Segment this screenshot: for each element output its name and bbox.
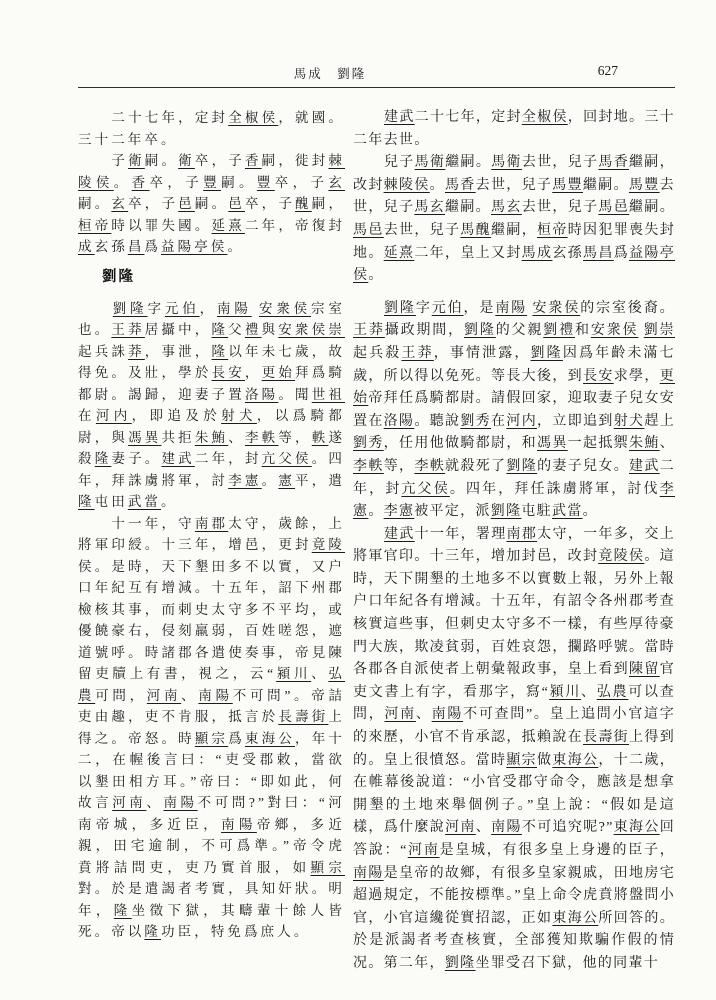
proper-noun-underline: 衛 [128,153,145,168]
proper-noun-underline: 劉崇 [644,323,675,338]
proper-noun-underline: 長壽街 [278,709,328,724]
proper-noun-underline: 馬玄 [414,200,445,215]
proper-noun-underline: 長壽街 [583,730,629,745]
proper-noun-underline: 河南 [445,820,476,835]
proper-noun-underline: 劉隆 [464,323,496,338]
proper-noun-underline: 東海公 [614,820,660,835]
text-line: 二，在幄後言曰：“吏受郡敕，當欲 [78,749,345,771]
proper-noun-underline: 玄 [430,200,445,215]
classical-text-column: 二十七年，定封全椒侯，就國。三十二年卒。 子衛嗣。衛卒，子香嗣，徙封棘陵侯。香卒… [78,107,345,943]
heading-spacer [353,288,675,298]
proper-noun-underline: 劉隆 [384,301,416,316]
proper-noun-underline: 玄 [506,200,521,215]
proper-noun-underline: 邑 [368,223,383,238]
text-line: 在河内，即追及於射犬，以爲騎都 [78,405,345,427]
proper-noun-underline: 陳留 [629,662,660,677]
proper-noun-underline: 隆 [212,344,229,359]
proper-noun-underline: 元伯 [432,301,464,316]
header-rule [78,87,675,88]
translation-column: 建武二十七年，定封全椒侯，回封地。三十二年去世。 兒子馬衛繼嗣。馬衛去世，兒子馬… [353,107,675,976]
text-line: 道號呼。時諸郡各遣使奏事，帝見陳 [78,642,345,664]
proper-noun-underline: 馬香 [445,178,476,193]
proper-noun-underline: 元伯 [165,301,200,316]
proper-noun-underline: 崇 [660,323,675,338]
text-line: 二十七年，定封全椒侯，就國。 [78,107,345,129]
text-line: 隆屯田武當。 [78,491,345,513]
proper-noun-underline: 陵侯 [78,175,114,190]
proper-noun-underline: 顯宗 [195,731,228,746]
proper-noun-underline: 隆 [522,459,537,474]
proper-noun-underline: 安衆侯 [278,322,328,337]
proper-noun-underline: 南陽 [495,301,527,316]
proper-noun-underline: 禮 [559,323,575,338]
proper-noun-underline: 隆 [547,346,563,361]
text-line: 嗣。玄卒，子邑嗣。邑卒，子醜嗣， [78,193,345,215]
text-line: 侯。是時，天下墾田多不以實，又户 [78,556,345,578]
proper-noun-underline: 河南 [384,707,415,722]
proper-noun-underline: 馬昌 [583,246,614,261]
proper-noun-underline: 農 [78,688,95,703]
proper-noun-underline: 醜 [295,196,312,211]
proper-noun-underline: 潁川 [276,666,311,681]
proper-noun-underline: 馬邑 [598,200,629,215]
proper-noun-underline: 衛 [507,155,522,170]
text-line: 子衛嗣。衛卒，子香嗣，徙封棘 [78,150,345,172]
proper-noun-underline: 建武 [384,527,415,542]
proper-noun-underline: 隆 [460,956,475,971]
translation-paragraph-3: 劉隆字元伯，是南陽 安衆侯的宗室後裔。王莽攝政期間，劉隆的父親劉禮和安衆侯 劉崇… [353,298,675,524]
proper-noun-underline: 馬香 [598,155,629,170]
proper-noun-underline: 軼 [262,430,279,445]
proper-noun-underline: 長安 [212,365,245,380]
proper-noun-underline: 棘 [328,153,345,168]
proper-noun-underline: 馬衛 [491,155,522,170]
proper-noun-underline: 衛 [430,155,445,170]
proper-noun-underline: 玄 [111,196,128,211]
proper-noun-underline: 竟陵 [598,549,629,564]
proper-noun-underline: 南陽 [491,820,522,835]
text-line: 將軍印綬。十三年，增邑，更封竟陵 [78,534,345,556]
proper-noun-underline: 香 [614,155,629,170]
text-line: 農可問，河南、南陽不可問”。帝詰 [78,685,345,707]
proper-noun-underline: 成 [78,239,95,254]
proper-noun-underline: 建武 [384,110,415,125]
proper-noun-underline: 隆 [212,322,229,337]
proper-noun-underline: 劉隆 [445,956,476,971]
text-line: 年，隆坐徵下獄，其疇輩十餘人皆 [78,900,345,922]
proper-noun-underline: 憲 [353,504,368,519]
proper-noun-underline: 安衆侯 [591,323,639,338]
proper-noun-underline: 隆 [400,301,416,316]
text-line: 桓帝時以罪失國。延熹二年，帝復封 [78,215,345,237]
proper-noun-underline: 憲 [399,504,414,519]
text-line: 十一年，守南郡太守，歲餘，上 [78,513,345,535]
proper-noun-underline: 更始 [262,365,295,380]
proper-noun-underline: 昌 [128,239,145,254]
proper-noun-underline: 豐 [644,178,659,193]
classical-paragraph-2: 子衛嗣。衛卒，子香嗣，徙封棘陵侯。香卒，子豐嗣。豐卒，子玄嗣。玄卒，子邑嗣。邑卒… [78,150,345,258]
proper-noun-underline: 衛 [178,153,195,168]
text-line: 吏由趣，吏不肯服，抵言於長壽街上 [78,706,345,728]
text-line: 年，拜誅虜將軍，討李憲。憲平，遣 [78,470,345,492]
proper-noun-underline: 隆 [95,451,112,466]
proper-noun-underline: 馬衛 [415,155,446,170]
translation-paragraph-4: 建武十一年，署理南郡太守，一年多，交上將軍官印。十三年，增加封邑，改封竟陵侯。這… [353,524,675,976]
running-title: 馬成 劉隆 [294,64,367,82]
proper-noun-underline: 劉秀 [353,436,384,451]
text-line: 得之。帝怒。時顯宗爲東海公，年十 [78,728,345,750]
proper-noun-underline: 河南 [112,795,146,810]
proper-noun-underline: 棘 [384,178,399,193]
text-line: 陵侯。香卒，子豐嗣。豐卒，子玄 [78,172,345,194]
text-line: 優饒豪右，侵刻羸弱，百姓嗟怨，遮 [78,620,345,642]
proper-noun-underline: 李憲 [384,504,415,519]
text-line: 殺隆妻子。建武二年，封亢父侯。四 [78,448,345,470]
proper-noun-underline: 弘農 [597,685,628,700]
proper-noun-underline: 東海公 [552,911,598,926]
proper-noun-underline: 馮異 [128,430,161,445]
proper-noun-underline: 農 [613,685,629,700]
proper-noun-underline: 射犬 [221,408,257,423]
proper-noun-underline: 玄 [328,175,345,190]
proper-noun-underline: 潁川 [549,685,581,700]
proper-noun-underline: 李憲 [228,473,261,488]
proper-noun-underline: 延熹 [212,218,245,233]
proper-noun-underline: 莽 [128,344,145,359]
proper-noun-underline: 南陽 [221,817,257,832]
proper-noun-underline: 河内 [506,414,537,429]
proper-noun-underline: 南陽 [163,795,197,810]
proper-noun-underline: 亢父侯 [262,451,312,466]
text-line: 故言河南、南陽不可問?”對曰：“河 [78,792,345,814]
proper-noun-underline: 河内 [96,408,132,423]
proper-noun-underline: 軼 [368,459,383,474]
proper-noun-underline: 隆 [480,323,496,338]
text-line: 成玄孫昌爲益陽亭侯。 [78,236,345,258]
classical-paragraph-4: 十一年，守南郡太守，歲餘，上將軍印綬。十三年，增邑，更封竟陵侯。是時，天下墾田多… [78,513,345,943]
proper-noun-underline: 顯宗 [506,753,537,768]
translation-paragraph-1: 建武二十七年，定封全椒侯，回封地。三十二年去世。 [353,107,675,152]
proper-noun-underline: 王莽 [353,323,385,338]
text-line: 口年紀互有增減。十五年，詔下州郡 [78,577,345,599]
proper-noun-underline: 軼 [312,430,329,445]
proper-noun-underline: 劉隆 [531,346,563,361]
proper-noun-underline: 竟陵 [312,537,345,552]
proper-noun-underline: 隆 [78,494,95,509]
proper-noun-underline: 王莽 [111,322,144,337]
text-line: 親，田宅逾制，不可爲準。”帝令虎 [78,835,345,857]
proper-noun-underline: 桓帝 [537,223,568,238]
proper-noun-underline: 亢父侯 [401,482,449,497]
proper-noun-underline: 全椒侯 [522,110,568,125]
proper-noun-underline: 隆 [114,903,132,918]
proper-noun-underline: 更始 [353,369,675,407]
proper-noun-underline: 世祖 [312,387,345,402]
proper-noun-underline: 成 [537,246,552,261]
book-page: 馬成 劉隆 627 二十七年，定封全椒侯，就國。三十二年卒。 子衛嗣。衛卒，子香… [0,0,716,1000]
proper-noun-underline: 桓帝 [78,218,111,233]
proper-noun-underline: 馬豐 [552,178,583,193]
classical-paragraph-3: 劉隆字元伯，南陽 安衆侯宗室也。王莽居攝中，隆父禮與安衆侯崇起兵誅莽，事泄，隆以… [78,298,345,513]
proper-noun-underline: 馬成 [522,246,553,261]
text-line: 死。帝以隆功臣，特免爲庶人。 [78,921,345,943]
text-line: 檢核其事，而刺史太守多不平均，或 [78,599,345,621]
text-line: 以墾田相方耳。”帝曰：“即如此，何 [78,771,345,793]
proper-noun-underline: 莽 [369,323,385,338]
proper-noun-underline: 陵侯 [399,178,430,193]
proper-noun-underline: 李軼 [245,430,278,445]
proper-noun-underline: 安衆侯 [533,301,581,316]
proper-noun-underline: 王莽 [401,346,433,361]
proper-noun-underline: 南陽 [217,301,252,316]
proper-noun-underline: 顯宗 [311,860,346,875]
page-header: 馬成 劉隆 627 [78,64,675,86]
proper-noun-underline: 香 [460,178,475,193]
proper-noun-underline: 弘 [597,685,613,700]
proper-noun-underline: 建武 [161,451,194,466]
section-heading: 劉隆 [78,266,345,288]
proper-noun-underline: 馬醜 [460,223,491,238]
proper-noun-underline: 隆 [144,924,161,939]
proper-noun-underline: 馬玄 [491,200,522,215]
proper-noun-underline: 劉隆 [113,301,148,316]
proper-noun-underline: 崇 [328,322,345,337]
proper-noun-underline: 劉秀 [460,414,491,429]
proper-noun-underline: 南陽 [198,688,232,703]
proper-noun-underline: 馮異 [537,436,568,451]
text-line: 都尉。謁歸，迎妻子置洛陽。聞世祖 [78,384,345,406]
proper-noun-underline: 劉禮 [543,323,575,338]
proper-noun-underline: 馬邑 [353,223,384,238]
proper-noun-underline: 朱鮪 [629,436,660,451]
proper-noun-underline: 昌 [598,246,613,261]
proper-noun-underline: 射犬 [614,414,645,429]
proper-noun-underline: 長安 [583,369,614,384]
proper-noun-underline: 隆 [506,504,521,519]
proper-noun-underline: 劉隆 [506,459,537,474]
text-line: 起兵誅莽，事泄，隆以年未七歲，故 [78,341,345,363]
text-line: 尉，與馮異共拒朱鮪、李軼等，軼遂 [78,427,345,449]
proper-noun-underline: 邑 [614,200,629,215]
proper-noun-underline: 竟陵侯 [598,549,644,564]
proper-noun-underline: 洛陽 [384,414,415,429]
text-line: 也。王莽居攝中，隆父禮與安衆侯崇 [78,319,345,341]
proper-noun-underline: 隆 [130,301,147,316]
proper-noun-underline: 東海公 [245,731,295,746]
proper-noun-underline: 全椒侯 [228,110,278,125]
text-line: 賁將詰問吏，吏乃實首服，如顯宗 [78,857,345,879]
text-columns: 二十七年，定封全椒侯，就國。三十二年卒。 子衛嗣。衛卒，子香嗣，徙封棘陵侯。香卒… [78,107,675,976]
proper-noun-underline: 河南 [147,688,181,703]
text-line: 劉隆字元伯，南陽 安衆侯宗室 [78,298,345,320]
proper-noun-underline: 豐 [257,175,275,190]
proper-noun-underline: 安衆侯 [259,301,311,316]
proper-noun-underline: 馬豐 [629,178,660,193]
proper-noun-underline: 醜 [476,223,491,238]
text-line: 對。於是遣謁者考實，具知奸狀。明 [78,878,345,900]
proper-noun-underline: 棘陵侯 [384,178,430,193]
proper-noun-underline: 延熹 [384,246,415,261]
proper-noun-underline: 南陽 [432,707,463,722]
proper-noun-underline: 李軼 [414,459,445,474]
proper-noun-underline: 弘 [328,666,345,681]
proper-noun-underline: 豐 [568,178,583,193]
proper-noun-underline: 南陽 [353,866,384,881]
proper-noun-underline: 豐 [203,175,221,190]
proper-noun-underline: 南郡 [195,516,228,531]
proper-noun-underline: 洛陽 [245,387,278,402]
proper-noun-underline: 南郡 [507,527,538,542]
proper-noun-underline: 莽 [128,322,145,337]
proper-noun-underline: 朱鮪 [195,430,228,445]
proper-noun-underline: 香 [132,175,150,190]
text-line: 三十二年卒。 [78,129,345,151]
proper-noun-underline: 劉隆 [491,504,522,519]
proper-noun-underline: 莽 [418,346,434,361]
page-number: 627 [598,63,618,79]
translation-paragraph-2: 兒子馬衛繼嗣。馬衛去世，兒子馬香繼嗣，改封棘陵侯。馬香去世，兒子馬豐繼嗣。馬豐去… [353,152,675,288]
proper-noun-underline: 禮 [245,322,262,337]
proper-noun-underline: 武當 [552,504,583,519]
proper-noun-underline: 軼 [430,459,445,474]
text-line: 留吏牘上有書，視之，云“潁川、弘 [78,663,345,685]
proper-noun-underline: 憲 [245,473,262,488]
text-line: 南帝城，多近臣，南陽帝鄉，多近 [78,814,345,836]
proper-noun-underline: 東海公 [552,753,598,768]
proper-noun-underline: 邑 [228,196,245,211]
proper-noun-underline: 益陽亭侯 [161,239,227,254]
proper-noun-underline: 憲 [278,473,295,488]
proper-noun-underline: 邑 [178,196,195,211]
proper-noun-underline: 武當 [128,494,161,509]
classical-paragraph-1: 二十七年，定封全椒侯，就國。三十二年卒。 [78,107,345,150]
proper-noun-underline: 河南 [408,843,440,858]
text-line: 得免。及壯，學於長安，更始拜爲騎 [78,362,345,384]
proper-noun-underline: 李軼 [353,459,384,474]
proper-noun-underline: 建武 [629,459,660,474]
proper-noun-underline: 香 [245,153,262,168]
